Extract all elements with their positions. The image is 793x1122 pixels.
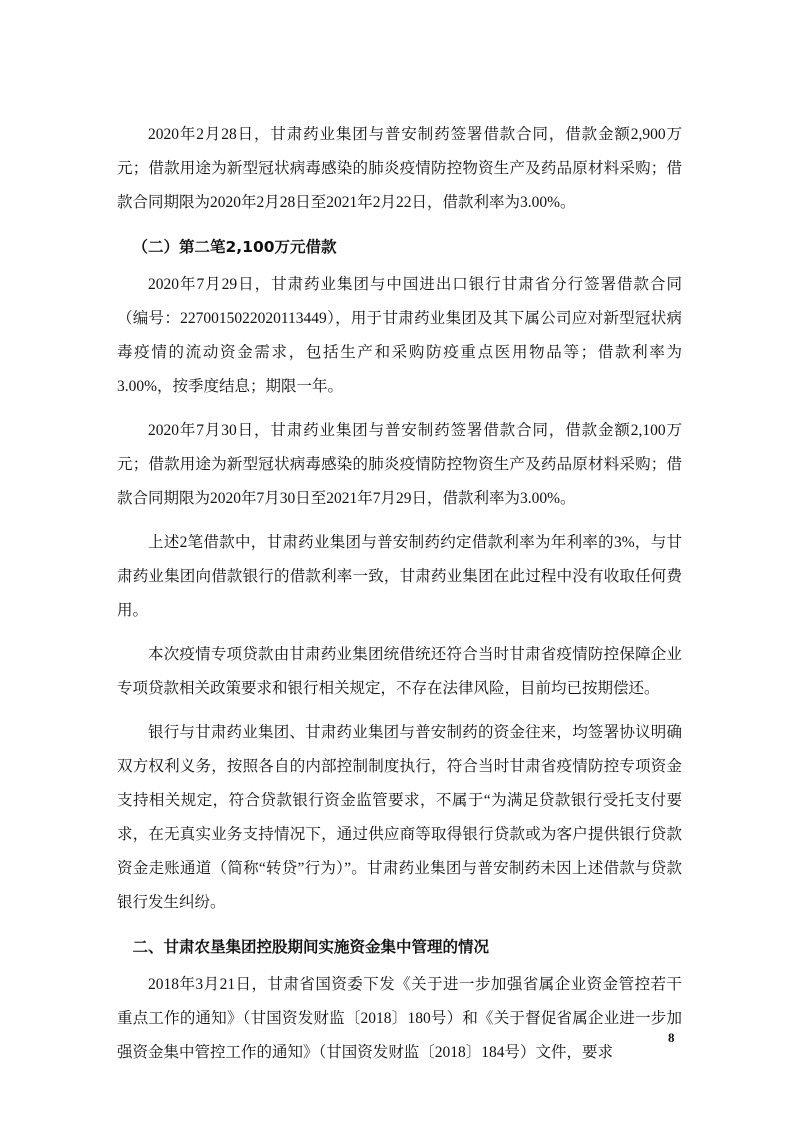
paragraph-loan-2-contract: 2020年7月30日，甘肃药业集团与普安制药签署借款合同，借款金额2,100万元… bbox=[117, 414, 682, 516]
paragraph-interest-rate: 上述2笔借款中，甘肃药业集团与普安制药约定借款利率为年利率的3%，与甘肃药业集团… bbox=[117, 526, 682, 628]
section-heading-fund-management: 二、甘肃农垦集团控股期间实施资金集中管理的情况 bbox=[117, 930, 682, 964]
document-body: 2020年2月28日，甘肃药业集团与普安制药签署借款合同，借款金额2,900万元… bbox=[117, 118, 682, 1080]
paragraph-bank-loan-contract: 2020年7月29日，甘肃药业集团与中国进出口银行甘肃省分行签署借款合同（编号：… bbox=[117, 268, 682, 404]
paragraph-fund-flows: 银行与甘肃药业集团、甘肃药业集团与普安制药的资金往来，均签署协议明确双方权利义务… bbox=[117, 716, 682, 920]
paragraph-sasac-notice: 2018年3月21日，甘肃省国资委下发《关于进一步加强省属企业资金管控若干重点工… bbox=[117, 968, 682, 1070]
paragraph-special-loan: 本次疫情专项贷款由甘肃药业集团统借统还符合当时甘肃省疫情防控保障企业专项贷款相关… bbox=[117, 638, 682, 706]
paragraph-loan-1-contract: 2020年2月28日，甘肃药业集团与普安制药签署借款合同，借款金额2,900万元… bbox=[117, 118, 682, 220]
section-heading-second-loan: （二）第二笔2,100万元借款 bbox=[117, 230, 682, 264]
page-number: 8 bbox=[668, 1030, 675, 1046]
